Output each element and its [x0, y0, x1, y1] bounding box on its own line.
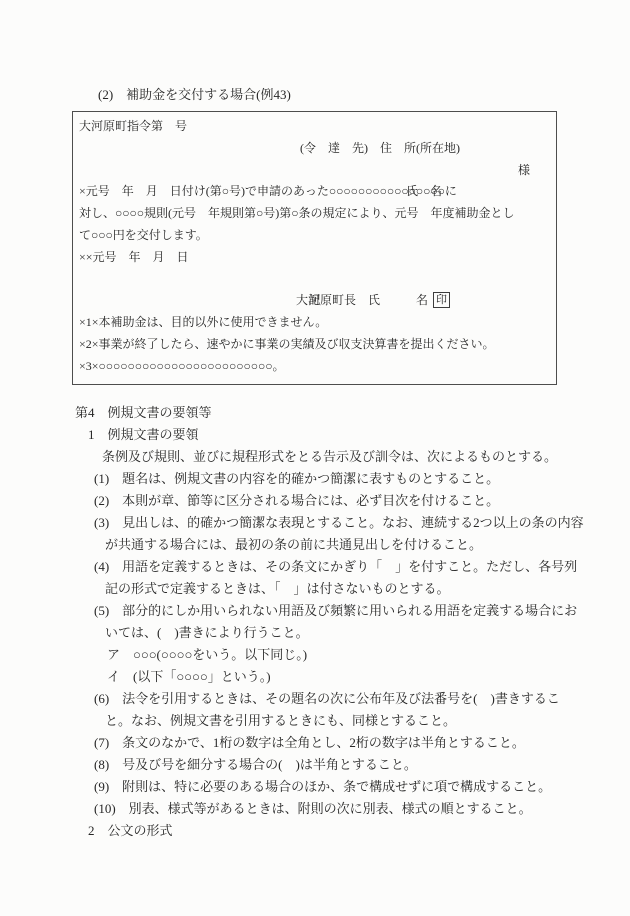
- note-line-3: ×3×○○○○○○○○○○○○○○○○○○○○○○○○。: [79, 356, 550, 378]
- item-7: (7) 条文のなかで、1桁の数字は全角とし、2桁の数字は半角とすること。: [0, 732, 630, 754]
- ki-divider-heading: 記: [79, 290, 550, 312]
- honorific-sama: 様: [518, 160, 530, 182]
- directive-number-line: 大河原町指令第 号: [79, 116, 550, 138]
- subsection-2-heading: 2 公文の形式: [88, 820, 630, 842]
- directive-body-line-1: ×元号 年 月 日付け(第○号)で申請のあった○○○○○○○○○○○○○○○○に: [79, 181, 550, 203]
- recipient-name-line: 氏 名 様: [79, 160, 550, 182]
- directive-body-line-2: 対し、○○○○規則(元号 年規則第○号)第○条の規定により、元号 年度補助金とし: [79, 203, 550, 225]
- item-3: (3) 見出しは、的確かつ簡潔な表現とすること。なお、連続する2つ以上の条の内容…: [0, 512, 630, 556]
- section4-heading: 第4 例規文書の要領等: [75, 402, 630, 424]
- recipient-address-line: (令 達 先) 住 所(所在地): [79, 138, 550, 160]
- intro-paragraph: 条例及び規則、並びに規程形式をとる告示及び訓令は、次によるものとする。: [102, 446, 630, 468]
- directive-date-line: ××元号 年 月 日: [79, 247, 550, 269]
- seal-mark: 印: [433, 292, 450, 308]
- item-10: (10) 別表、様式等があるときは、附則の次に別表、様式の順とすること。: [0, 798, 630, 820]
- section-2-heading: (2) 補助金を交付する場合(例43): [98, 84, 291, 106]
- directive-form-box: 大河原町指令第 号 (令 達 先) 住 所(所在地) 氏 名 様 ×元号 年 月…: [72, 111, 557, 385]
- item-2: (2) 本則が章、節等に区分される場合には、必ず目次を付けること。: [0, 490, 630, 512]
- sub-item-a: ア ○○○(○○○○をいう。以下同じ。): [0, 644, 630, 666]
- note-line-2: ×2×事業が終了したら、速やかに事業の実績及び収支決算書を提出ください。: [79, 334, 550, 356]
- item-5: (5) 部分的にしか用いられない用語及び頻繁に用いられる用語を定義する場合にお …: [0, 600, 630, 644]
- item-6: (6) 法令を引用するときは、その題名の次に公布年及び法番号を( )書きするこ …: [0, 688, 630, 732]
- name-label: 氏 名: [406, 184, 442, 198]
- section-4-listing: 第4 例規文書の要領等 1 例規文書の要領 条例及び規則、並びに規程形式をとる告…: [0, 402, 630, 842]
- mayor-signature-line: 大河原町長 氏 名印: [79, 269, 550, 291]
- note-line-1: ×1×本補助金は、目的以外に使用できません。: [79, 312, 550, 334]
- item-8: (8) 号及び号を細分する場合の( )は半角とすること。: [0, 754, 630, 776]
- document-page: (2) 補助金を交付する場合(例43) 大河原町指令第 号 (令 達 先) 住 …: [0, 0, 630, 916]
- item-1: (1) 題名は、例規文書の内容を的確かつ簡潔に表すものとすること。: [0, 468, 630, 490]
- directive-body-line-3: て○○○円を交付します。: [79, 225, 550, 247]
- item-9: (9) 附則は、特に必要のある場合のほか、条で構成せずに項で構成すること。: [0, 776, 630, 798]
- sub-item-i: イ (以下「○○○○」という。): [0, 666, 630, 688]
- item-4: (4) 用語を定義するときは、その条文にかぎり「 」を付すこと。ただし、各号列 …: [0, 556, 630, 600]
- subsection-1-heading: 1 例規文書の要領: [88, 424, 630, 446]
